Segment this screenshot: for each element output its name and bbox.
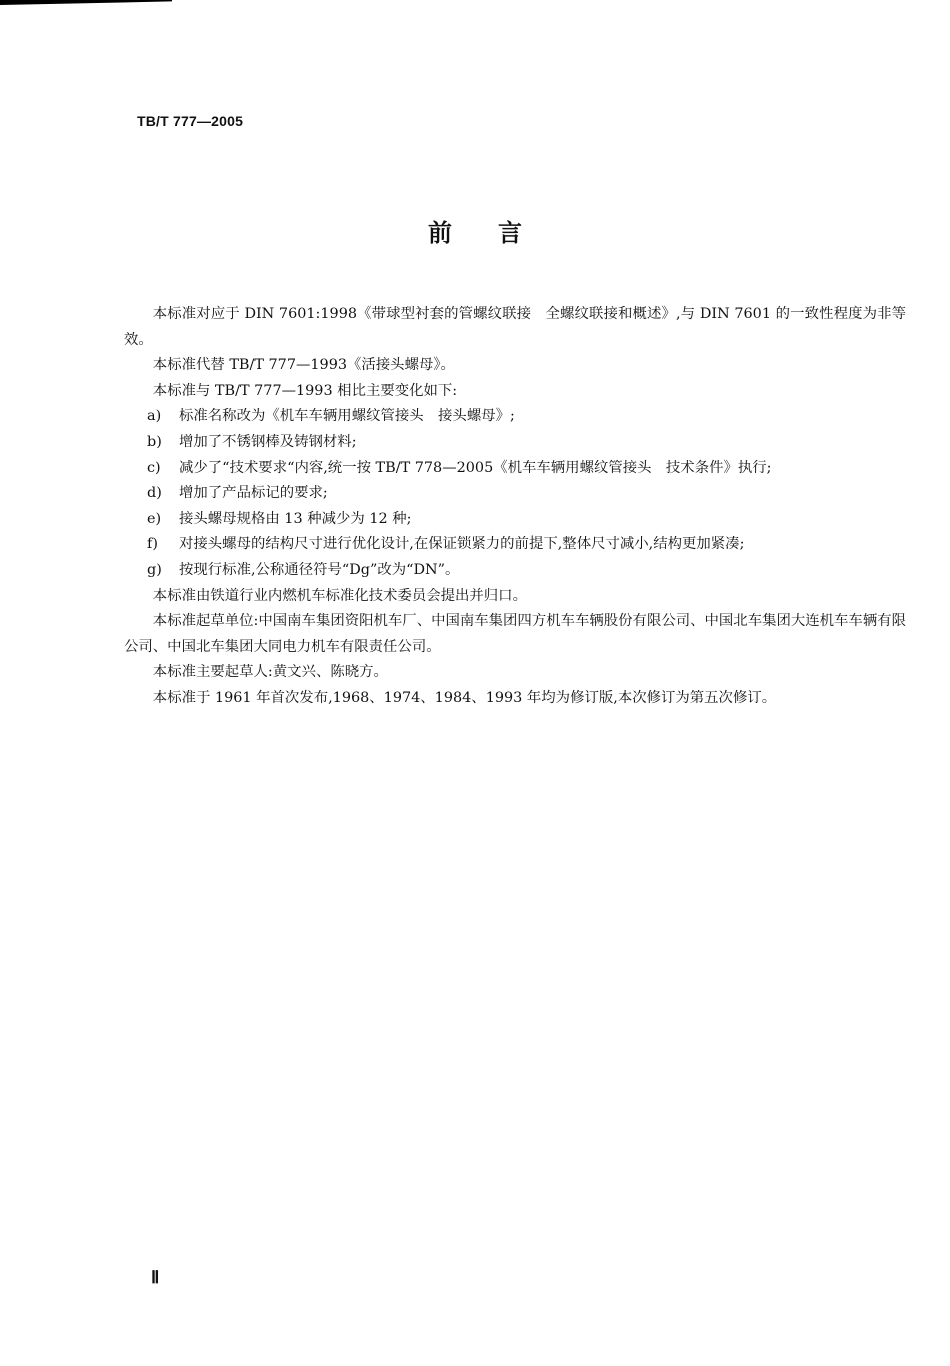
standard-code: TB/T 777—2005 bbox=[137, 113, 243, 129]
list-text: 减少了“技术要求“内容,统一按 TB/T 778—2005《机车车辆用螺纹管接头… bbox=[179, 456, 772, 482]
list-item: b)增加了不锈钢棒及铸钢材料; bbox=[147, 430, 906, 456]
scan-edge-mark bbox=[0, 0, 172, 5]
list-text: 增加了不锈钢棒及铸钢材料; bbox=[179, 430, 357, 456]
list-text: 接头螺母规格由 13 种减少为 12 种; bbox=[179, 507, 411, 533]
list-text: 对接头螺母的结构尺寸进行优化设计,在保证锁紧力的前提下,整体尺寸减小,结构更加紧… bbox=[179, 532, 744, 558]
paragraph-changes-intro: 本标准与 TB/T 777—1993 相比主要变化如下: bbox=[124, 379, 906, 405]
list-text: 标准名称改为《机车车辆用螺纹管接头 接头螺母》; bbox=[179, 404, 515, 430]
list-item: e)接头螺母规格由 13 种减少为 12 种; bbox=[147, 507, 906, 533]
list-item: d)增加了产品标记的要求; bbox=[147, 481, 906, 507]
paragraph-correspondence: 本标准对应于 DIN 7601:1998《带球型衬套的管螺纹联接 全螺纹联接和概… bbox=[124, 302, 906, 353]
paragraph-drafters: 本标准主要起草人:黄文兴、陈晓方。 bbox=[124, 660, 906, 686]
list-marker: d) bbox=[147, 481, 179, 507]
page-number: Ⅱ bbox=[151, 1268, 159, 1288]
paragraph-drafting-units: 本标准起草单位:中国南车集团资阳机车厂、中国南车集团四方机车车辆股份有限公司、中… bbox=[124, 609, 906, 660]
list-item: g)按现行标准,公称通径符号“Dg”改为“DN”。 bbox=[147, 558, 906, 584]
list-marker: e) bbox=[147, 507, 179, 533]
title-char: 前 bbox=[428, 213, 452, 248]
list-text: 按现行标准,公称通径符号“Dg”改为“DN”。 bbox=[179, 558, 459, 584]
paragraph-replaces: 本标准代替 TB/T 777—1993《活接头螺母》。 bbox=[124, 353, 906, 379]
list-marker: f) bbox=[147, 532, 179, 558]
list-marker: b) bbox=[147, 430, 179, 456]
list-text: 增加了产品标记的要求; bbox=[179, 481, 328, 507]
list-item: a)标准名称改为《机车车辆用螺纹管接头 接头螺母》; bbox=[147, 404, 906, 430]
list-item: f)对接头螺母的结构尺寸进行优化设计,在保证锁紧力的前提下,整体尺寸减小,结构更… bbox=[147, 532, 906, 558]
page-title: 前言 bbox=[0, 213, 950, 248]
list-item: c)减少了“技术要求“内容,统一按 TB/T 778—2005《机车车辆用螺纹管… bbox=[147, 456, 906, 482]
list-marker: a) bbox=[147, 404, 179, 430]
foreword-body: 本标准对应于 DIN 7601:1998《带球型衬套的管螺纹联接 全螺纹联接和概… bbox=[124, 302, 906, 712]
paragraph-history: 本标准于 1961 年首次发布,1968、1974、1984、1993 年均为修… bbox=[124, 686, 906, 712]
list-marker: c) bbox=[147, 456, 179, 482]
title-char: 言 bbox=[498, 213, 522, 248]
list-marker: g) bbox=[147, 558, 179, 584]
paragraph-proposer: 本标准由铁道行业内燃机车标准化技术委员会提出并归口。 bbox=[124, 584, 906, 610]
